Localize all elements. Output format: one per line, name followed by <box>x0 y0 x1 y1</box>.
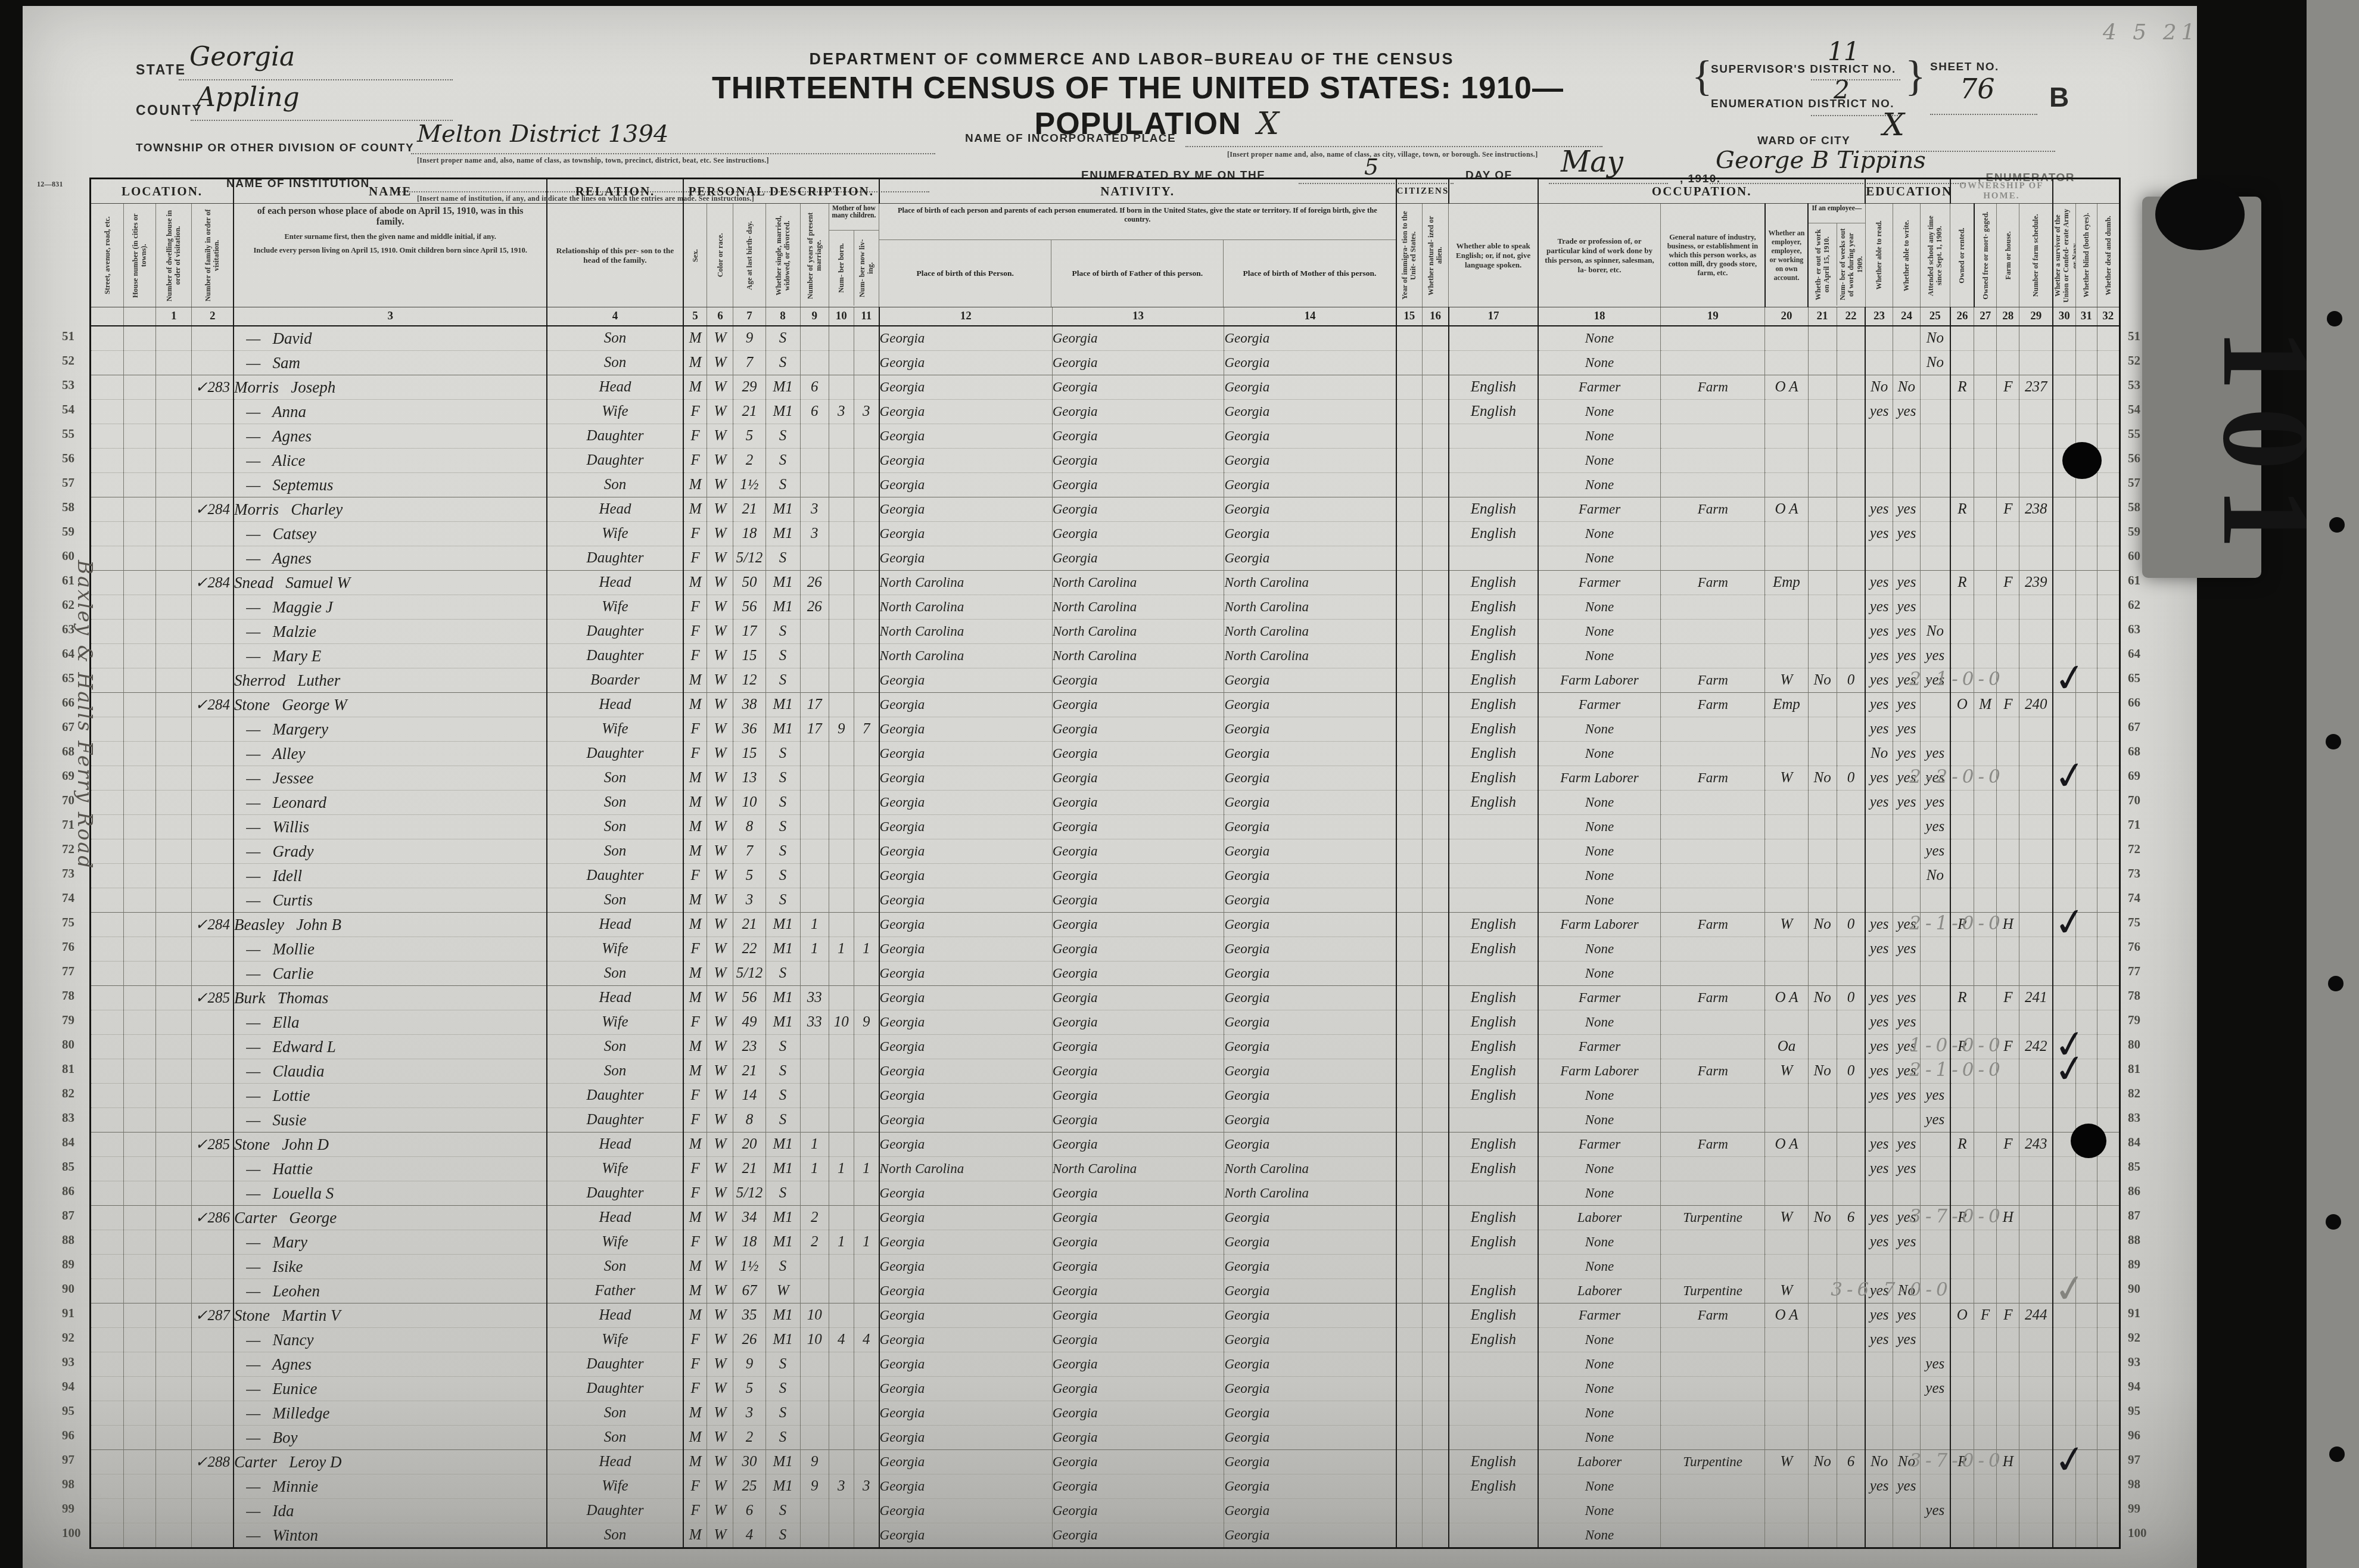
cell-english <box>1449 815 1538 839</box>
cell-read <box>1865 1255 1893 1279</box>
cell-read <box>1865 1352 1893 1377</box>
cell-free_mortgaged <box>1974 522 1997 546</box>
cell-farm_house: F <box>1997 693 2019 717</box>
cell-school: yes <box>1920 1084 1950 1108</box>
cell-emp_class: W <box>1765 668 1808 693</box>
cell-survivor <box>2053 571 2075 595</box>
cell-pob_father: Georgia <box>1052 864 1224 888</box>
edge-check-mark: ✓ <box>2051 655 2089 703</box>
cell-farm_house <box>1997 1010 2019 1035</box>
cell-children_born <box>829 791 854 815</box>
cell-weeks_out <box>1837 1499 1865 1523</box>
cell-pob_father: Georgia <box>1052 1108 1224 1133</box>
cell-house <box>124 1426 156 1450</box>
enumeration-district-value: 2 <box>1834 75 1850 104</box>
line-number-left: 74 <box>62 891 74 906</box>
col-desc-dwelling: Number of dwelling house in order of vis… <box>165 207 182 304</box>
cell-naturalized <box>1423 620 1449 644</box>
cell-pob_self: Georgia <box>879 815 1053 839</box>
cell-emp_class <box>1765 962 1808 986</box>
cell-house <box>124 620 156 644</box>
cell-write: yes <box>1893 1230 1920 1255</box>
cell-family <box>192 644 234 668</box>
cell-color: W <box>707 1059 733 1084</box>
cell-weeks_out <box>1837 1181 1865 1206</box>
cell-blind <box>2075 986 2097 1010</box>
cell-out_of_work <box>1808 351 1837 375</box>
cell-color: W <box>707 1523 733 1548</box>
cell-owned <box>1950 742 1974 766</box>
line-number-right: 100 <box>2128 1526 2147 1541</box>
cell-age: 4 <box>733 1523 765 1548</box>
cell-children_living <box>854 815 879 839</box>
cell-yrs_married: 6 <box>800 400 829 424</box>
col-desc-owned: Owned or rented. <box>1957 228 1966 284</box>
cell-children_born <box>829 1401 854 1426</box>
cell-trade: None <box>1538 1523 1660 1548</box>
cell-farm_house <box>1997 522 2019 546</box>
group-relation: RELATION. <box>547 179 683 204</box>
cell-owned <box>1950 791 1974 815</box>
cell-age: 2 <box>733 449 765 473</box>
cell-name: — Curtis <box>234 888 547 913</box>
line-number-right: 68 <box>2128 744 2140 759</box>
cell-school <box>1920 1523 1950 1548</box>
cell-farm_house <box>1997 864 2019 888</box>
cell-pob_mother: Georgia <box>1224 1059 1396 1084</box>
cell-immigration <box>1396 937 1423 962</box>
cell-name: — Leohen <box>234 1279 547 1303</box>
cell-dwelling <box>156 644 192 668</box>
table-row: — AliceDaughterFW2SGeorgiaGeorgiaGeorgia… <box>91 449 2120 473</box>
cell-industry <box>1661 742 1765 766</box>
cell-out_of_work <box>1808 1084 1837 1108</box>
line-number-left: 61 <box>62 573 74 588</box>
cell-english: English <box>1449 1230 1538 1255</box>
line-number-right: 81 <box>2128 1062 2140 1077</box>
cell-relation: Wife <box>547 1474 683 1499</box>
cell-color: W <box>707 1157 733 1181</box>
cell-school <box>1920 1230 1950 1255</box>
cell-trade: Farmer <box>1538 375 1660 400</box>
cell-yrs_married: 33 <box>800 986 829 1010</box>
cell-color: W <box>707 424 733 449</box>
cell-school: No <box>1920 326 1950 351</box>
cell-color: W <box>707 1328 733 1352</box>
cell-blind <box>2075 620 2097 644</box>
cell-weeks_out <box>1837 449 1865 473</box>
cell-house <box>124 546 156 571</box>
cell-color: W <box>707 888 733 913</box>
cell-farm_house <box>1997 1499 2019 1523</box>
cell-emp_class <box>1765 1108 1808 1133</box>
cell-school <box>1920 717 1950 742</box>
cell-free_mortgaged <box>1974 742 1997 766</box>
cell-free_mortgaged <box>1974 839 1997 864</box>
cell-pob_self: Georgia <box>879 351 1053 375</box>
cell-relation: Head <box>547 571 683 595</box>
cell-immigration <box>1396 766 1423 791</box>
cell-dwelling <box>156 1230 192 1255</box>
table-row: — LeonardSonMW10SGeorgiaGeorgiaGeorgiaEn… <box>91 791 2120 815</box>
cell-yrs_married <box>800 1035 829 1059</box>
cell-free_mortgaged: F <box>1974 1303 1997 1328</box>
cell-marital: S <box>765 1352 800 1377</box>
cell-school: yes <box>1920 1352 1950 1377</box>
cell-write <box>1893 1426 1920 1450</box>
cell-relation: Son <box>547 1059 683 1084</box>
cell-pob_self: Georgia <box>879 668 1053 693</box>
cell-blind <box>2075 839 2097 864</box>
cell-pob_self: Georgia <box>879 693 1053 717</box>
cell-industry <box>1661 1181 1765 1206</box>
cell-family: ✓286 <box>192 1206 234 1230</box>
line-number-left: 52 <box>62 353 74 368</box>
cell-pob_father: Georgia <box>1052 400 1224 424</box>
cell-weeks_out <box>1837 1133 1865 1157</box>
cell-yrs_married <box>800 1255 829 1279</box>
cell-trade: None <box>1538 424 1660 449</box>
cell-trade: None <box>1538 864 1660 888</box>
cell-yrs_married <box>800 1377 829 1401</box>
cell-street <box>91 1426 124 1450</box>
cell-industry: Farm <box>1661 668 1765 693</box>
cell-free_mortgaged <box>1974 1108 1997 1133</box>
cell-farm_no <box>2019 1108 2053 1133</box>
cell-street <box>91 1059 124 1084</box>
cell-immigration <box>1396 1059 1423 1084</box>
cell-marital: S <box>765 1426 800 1450</box>
cell-house <box>124 1401 156 1426</box>
cell-industry: Turpentine <box>1661 1450 1765 1474</box>
cell-immigration <box>1396 375 1423 400</box>
cell-pob_father: Georgia <box>1052 717 1224 742</box>
cell-write: yes <box>1893 1157 1920 1181</box>
cell-name: — Jessee <box>234 766 547 791</box>
cell-naturalized <box>1423 962 1449 986</box>
county-label: COUNTY <box>136 102 203 119</box>
cell-emp_class: Emp <box>1765 571 1808 595</box>
cell-children_living <box>854 693 879 717</box>
cell-color: W <box>707 1084 733 1108</box>
cell-pob_self: Georgia <box>879 986 1053 1010</box>
cell-color: W <box>707 497 733 522</box>
cell-emp_class: O A <box>1765 375 1808 400</box>
cell-english <box>1449 962 1538 986</box>
cell-age: 25 <box>733 1474 765 1499</box>
cell-pob_father: Georgia <box>1052 1255 1224 1279</box>
cell-read <box>1865 1499 1893 1523</box>
cell-children_born <box>829 1499 854 1523</box>
cell-english: English <box>1449 595 1538 620</box>
line-number-left: 72 <box>62 842 74 857</box>
cell-pob_mother: Georgia <box>1224 1255 1396 1279</box>
cell-pob_father: Georgia <box>1052 1181 1224 1206</box>
cell-name: — Boy <box>234 1426 547 1450</box>
cell-farm_no: 238 <box>2019 497 2053 522</box>
cell-age: 49 <box>733 1010 765 1035</box>
cell-owned <box>1950 1401 1974 1426</box>
line-number-left: 55 <box>62 427 74 441</box>
cell-english: English <box>1449 1328 1538 1352</box>
cell-blind <box>2075 497 2097 522</box>
cell-dwelling <box>156 326 192 351</box>
cell-deaf <box>2097 937 2120 962</box>
cell-children_living <box>854 351 879 375</box>
cell-free_mortgaged <box>1974 546 1997 571</box>
cell-trade: Laborer <box>1538 1279 1660 1303</box>
cell-marital: S <box>765 620 800 644</box>
cell-relation: Father <box>547 1279 683 1303</box>
cell-relation: Boarder <box>547 668 683 693</box>
cell-read: yes <box>1865 620 1893 644</box>
cell-pob_self: Georgia <box>879 1010 1053 1035</box>
line-number-left: 90 <box>62 1281 74 1296</box>
cell-pob_father: Georgia <box>1052 742 1224 766</box>
cell-free_mortgaged <box>1974 717 1997 742</box>
cell-out_of_work <box>1808 620 1837 644</box>
cell-color: W <box>707 791 733 815</box>
cell-yrs_married <box>800 546 829 571</box>
cell-write <box>1893 449 1920 473</box>
cell-marital: S <box>765 1108 800 1133</box>
cell-school: yes <box>1920 791 1950 815</box>
cell-house <box>124 1059 156 1084</box>
line-number-right: 88 <box>2128 1233 2140 1247</box>
cell-pob_mother: Georgia <box>1224 1426 1396 1450</box>
cell-write <box>1893 546 1920 571</box>
cell-marital: S <box>765 864 800 888</box>
cell-deaf <box>2097 522 2120 546</box>
cell-write <box>1893 424 1920 449</box>
cell-survivor <box>2053 326 2075 351</box>
cell-naturalized <box>1423 546 1449 571</box>
cell-house <box>124 644 156 668</box>
cell-name: — Mary E <box>234 644 547 668</box>
cell-trade: None <box>1538 1474 1660 1499</box>
cell-pob_mother: Georgia <box>1224 668 1396 693</box>
cell-name: — Alley <box>234 742 547 766</box>
table-row: — DavidSonMW9SGeorgiaGeorgiaGeorgiaNoneN… <box>91 326 2120 351</box>
cell-free_mortgaged <box>1974 424 1997 449</box>
cell-out_of_work <box>1808 400 1837 424</box>
cell-industry <box>1661 1255 1765 1279</box>
cell-pob_mother: Georgia <box>1224 1206 1396 1230</box>
cell-deaf <box>2097 1059 2120 1084</box>
cell-out_of_work <box>1808 1108 1837 1133</box>
cell-immigration <box>1396 1133 1423 1157</box>
cell-out_of_work <box>1808 742 1837 766</box>
cell-dwelling <box>156 913 192 937</box>
cell-pob_mother: North Carolina <box>1224 595 1396 620</box>
cell-naturalized <box>1423 1499 1449 1523</box>
cell-school: No <box>1920 351 1950 375</box>
cell-blind <box>2075 1401 2097 1426</box>
cell-school <box>1920 1474 1950 1499</box>
edge-check-mark: ✓ <box>2051 1046 2089 1094</box>
cell-write <box>1893 839 1920 864</box>
cell-read <box>1865 473 1893 497</box>
cell-trade: None <box>1538 1108 1660 1133</box>
cell-farm_no <box>2019 1181 2053 1206</box>
cell-farm_no <box>2019 742 2053 766</box>
cell-out_of_work <box>1808 473 1837 497</box>
cell-dwelling <box>156 1010 192 1035</box>
cell-pob_father: Georgia <box>1052 815 1224 839</box>
table-row: — MargeryWifeFW36M11797GeorgiaGeorgiaGeo… <box>91 717 2120 742</box>
cell-industry: Farm <box>1661 1059 1765 1084</box>
cell-weeks_out <box>1837 839 1865 864</box>
cell-read <box>1865 1401 1893 1426</box>
cell-naturalized <box>1423 424 1449 449</box>
cell-marital: M1 <box>765 693 800 717</box>
cell-emp_class: O A <box>1765 497 1808 522</box>
cell-children_living <box>854 1059 879 1084</box>
cell-relation: Son <box>547 815 683 839</box>
cell-weeks_out <box>1837 1377 1865 1401</box>
cell-farm_house: F <box>1997 1133 2019 1157</box>
line-number-left: 67 <box>62 720 74 735</box>
cell-children_born <box>829 497 854 522</box>
cell-children_born <box>829 986 854 1010</box>
cell-pob_self: Georgia <box>879 1108 1053 1133</box>
cell-pob_mother: Georgia <box>1224 1352 1396 1377</box>
cell-weeks_out <box>1837 1523 1865 1548</box>
cell-farm_no <box>2019 1255 2053 1279</box>
cell-school <box>1920 693 1950 717</box>
cell-blind <box>2075 375 2097 400</box>
group-citizenship: CITIZENSHIP. <box>1396 179 1449 204</box>
table-row: — ClaudiaSonMW21SGeorgiaGeorgiaGeorgiaEn… <box>91 1059 2120 1084</box>
cell-children_born <box>829 1206 854 1230</box>
cell-emp_class <box>1765 1523 1808 1548</box>
cell-street <box>91 424 124 449</box>
cell-farm_no: 237 <box>2019 375 2053 400</box>
cell-name: Stone Martin V <box>234 1303 547 1328</box>
cell-sex: F <box>683 1084 707 1108</box>
cell-owned <box>1950 326 1974 351</box>
cell-weeks_out <box>1837 400 1865 424</box>
col-desc-school: Attended school any time since Sept. 1, … <box>1927 207 1944 304</box>
cell-farm_house <box>1997 326 2019 351</box>
group-location: LOCATION. <box>91 179 234 204</box>
group-nativity: NATIVITY. <box>879 179 1396 204</box>
cell-yrs_married <box>800 1108 829 1133</box>
township-value: Melton District 1394 <box>417 120 668 148</box>
cell-english: English <box>1449 571 1538 595</box>
cell-out_of_work: No <box>1808 986 1837 1010</box>
line-number-right: 53 <box>2128 378 2140 393</box>
cell-dwelling <box>156 1426 192 1450</box>
cell-color: W <box>707 1108 733 1133</box>
cell-house <box>124 717 156 742</box>
col-desc-farm-no: Number of farm schedule. <box>2031 214 2040 297</box>
cell-marital: S <box>765 473 800 497</box>
cell-pob_mother: Georgia <box>1224 1377 1396 1401</box>
cell-pob_mother: Georgia <box>1224 986 1396 1010</box>
cell-read: yes <box>1865 986 1893 1010</box>
table-row: ✓288Carter Leroy DHeadMW30M19GeorgiaGeor… <box>91 1450 2120 1474</box>
cell-street <box>91 1206 124 1230</box>
cell-emp_class <box>1765 1401 1808 1426</box>
cell-children_born: 1 <box>829 1157 854 1181</box>
line-number-right: 64 <box>2128 646 2140 661</box>
cell-industry <box>1661 1523 1765 1548</box>
table-row: — IsikeSonMW1½SGeorgiaGeorgiaGeorgiaNone <box>91 1255 2120 1279</box>
cell-house <box>124 815 156 839</box>
cell-deaf <box>2097 888 2120 913</box>
cell-yrs_married <box>800 1352 829 1377</box>
cell-read: yes <box>1865 1133 1893 1157</box>
cell-read: yes <box>1865 1303 1893 1328</box>
cell-blind <box>2075 1328 2097 1352</box>
cell-school: yes <box>1920 839 1950 864</box>
cell-marital: S <box>765 351 800 375</box>
cell-weeks_out <box>1837 1352 1865 1377</box>
cell-industry <box>1661 791 1765 815</box>
cell-farm_house: F <box>1997 571 2019 595</box>
cell-pob_self: Georgia <box>879 1255 1053 1279</box>
cell-industry <box>1661 351 1765 375</box>
cell-pob_mother: Georgia <box>1224 497 1396 522</box>
cell-free_mortgaged <box>1974 473 1997 497</box>
col-desc-employee-title: If an employee— <box>1809 204 1865 223</box>
line-number-left: 98 <box>62 1477 74 1492</box>
cell-family <box>192 326 234 351</box>
cell-family <box>192 1255 234 1279</box>
cell-pob_mother: Georgia <box>1224 375 1396 400</box>
cell-read: yes <box>1865 937 1893 962</box>
cell-family <box>192 1328 234 1352</box>
cell-trade: Farmer <box>1538 571 1660 595</box>
cell-color: W <box>707 571 733 595</box>
line-number-left: 73 <box>62 866 74 881</box>
cell-pob_self: Georgia <box>879 791 1053 815</box>
cell-weeks_out <box>1837 424 1865 449</box>
cell-survivor <box>2053 839 2075 864</box>
cell-emp_class <box>1765 1426 1808 1450</box>
cell-industry <box>1661 1010 1765 1035</box>
cell-farm_no: 243 <box>2019 1133 2053 1157</box>
cell-color: W <box>707 742 733 766</box>
line-number-right: 62 <box>2128 598 2140 612</box>
cell-street <box>91 1450 124 1474</box>
cell-name: Sherrod Luther <box>234 668 547 693</box>
line-number-right: 96 <box>2128 1428 2140 1443</box>
cell-trade: None <box>1538 449 1660 473</box>
cell-dwelling <box>156 1499 192 1523</box>
cell-school: yes <box>1920 644 1950 668</box>
cell-street <box>91 1230 124 1255</box>
cell-pob_self: Georgia <box>879 1426 1053 1450</box>
cell-immigration <box>1396 717 1423 742</box>
cell-farm_no: 244 <box>2019 1303 2053 1328</box>
cell-age: 38 <box>733 693 765 717</box>
cell-emp_class: O A <box>1765 986 1808 1010</box>
cell-naturalized <box>1423 449 1449 473</box>
cell-street <box>91 1377 124 1401</box>
cell-children_born <box>829 962 854 986</box>
cell-age: 5/12 <box>733 1181 765 1206</box>
cell-house <box>124 1035 156 1059</box>
cell-naturalized <box>1423 913 1449 937</box>
cell-survivor <box>2053 375 2075 400</box>
cell-deaf <box>2097 375 2120 400</box>
cell-immigration <box>1396 986 1423 1010</box>
cell-family <box>192 1474 234 1499</box>
cell-yrs_married: 17 <box>800 717 829 742</box>
cell-pob_self: Georgia <box>879 766 1053 791</box>
